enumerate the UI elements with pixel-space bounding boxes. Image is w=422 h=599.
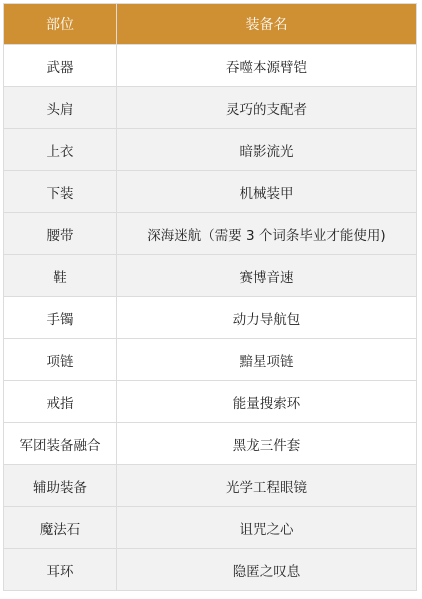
item-name-cell: 灵巧的支配者	[117, 87, 417, 129]
slot-cell: 项链	[4, 339, 117, 381]
equipment-table: 部位 装备名 武器吞噬本源臂铠头肩灵巧的支配者上衣暗影流光下装机械装甲腰带深海迷…	[3, 3, 417, 591]
item-name-cell: 机械装甲	[117, 171, 417, 213]
slot-cell: 手镯	[4, 297, 117, 339]
slot-cell: 鞋	[4, 255, 117, 297]
item-name-cell: 深海迷航（需要 3 个词条毕业才能使用)	[117, 213, 417, 255]
slot-cell: 耳环	[4, 549, 117, 591]
table-row: 下装机械装甲	[4, 171, 417, 213]
item-name-cell: 能量搜索环	[117, 381, 417, 423]
table-row: 上衣暗影流光	[4, 129, 417, 171]
table-row: 耳环隐匿之叹息	[4, 549, 417, 591]
item-name-cell: 光学工程眼镜	[117, 465, 417, 507]
slot-cell: 军团装备融合	[4, 423, 117, 465]
slot-cell: 武器	[4, 45, 117, 87]
slot-cell: 头肩	[4, 87, 117, 129]
item-name-cell: 暗影流光	[117, 129, 417, 171]
table-row: 辅助装备光学工程眼镜	[4, 465, 417, 507]
table-row: 武器吞噬本源臂铠	[4, 45, 417, 87]
item-name-cell: 赛博音速	[117, 255, 417, 297]
table-row: 戒指能量搜索环	[4, 381, 417, 423]
item-name-cell: 黑龙三件套	[117, 423, 417, 465]
table-row: 魔法石诅咒之心	[4, 507, 417, 549]
table-row: 项链黯星项链	[4, 339, 417, 381]
table-row: 手镯动力导航包	[4, 297, 417, 339]
item-name-cell: 隐匿之叹息	[117, 549, 417, 591]
slot-cell: 下装	[4, 171, 117, 213]
header-item-name: 装备名	[117, 4, 417, 45]
item-name-cell: 黯星项链	[117, 339, 417, 381]
table-body: 武器吞噬本源臂铠头肩灵巧的支配者上衣暗影流光下装机械装甲腰带深海迷航（需要 3 …	[4, 45, 417, 591]
slot-cell: 魔法石	[4, 507, 117, 549]
header-slot: 部位	[4, 4, 117, 45]
table-row: 腰带深海迷航（需要 3 个词条毕业才能使用)	[4, 213, 417, 255]
item-name-cell: 诅咒之心	[117, 507, 417, 549]
table-row: 鞋赛博音速	[4, 255, 417, 297]
table-header-row: 部位 装备名	[4, 4, 417, 45]
slot-cell: 腰带	[4, 213, 117, 255]
item-name-cell: 吞噬本源臂铠	[117, 45, 417, 87]
table-row: 军团装备融合黑龙三件套	[4, 423, 417, 465]
table-row: 头肩灵巧的支配者	[4, 87, 417, 129]
slot-cell: 戒指	[4, 381, 117, 423]
item-name-cell: 动力导航包	[117, 297, 417, 339]
slot-cell: 辅助装备	[4, 465, 117, 507]
slot-cell: 上衣	[4, 129, 117, 171]
